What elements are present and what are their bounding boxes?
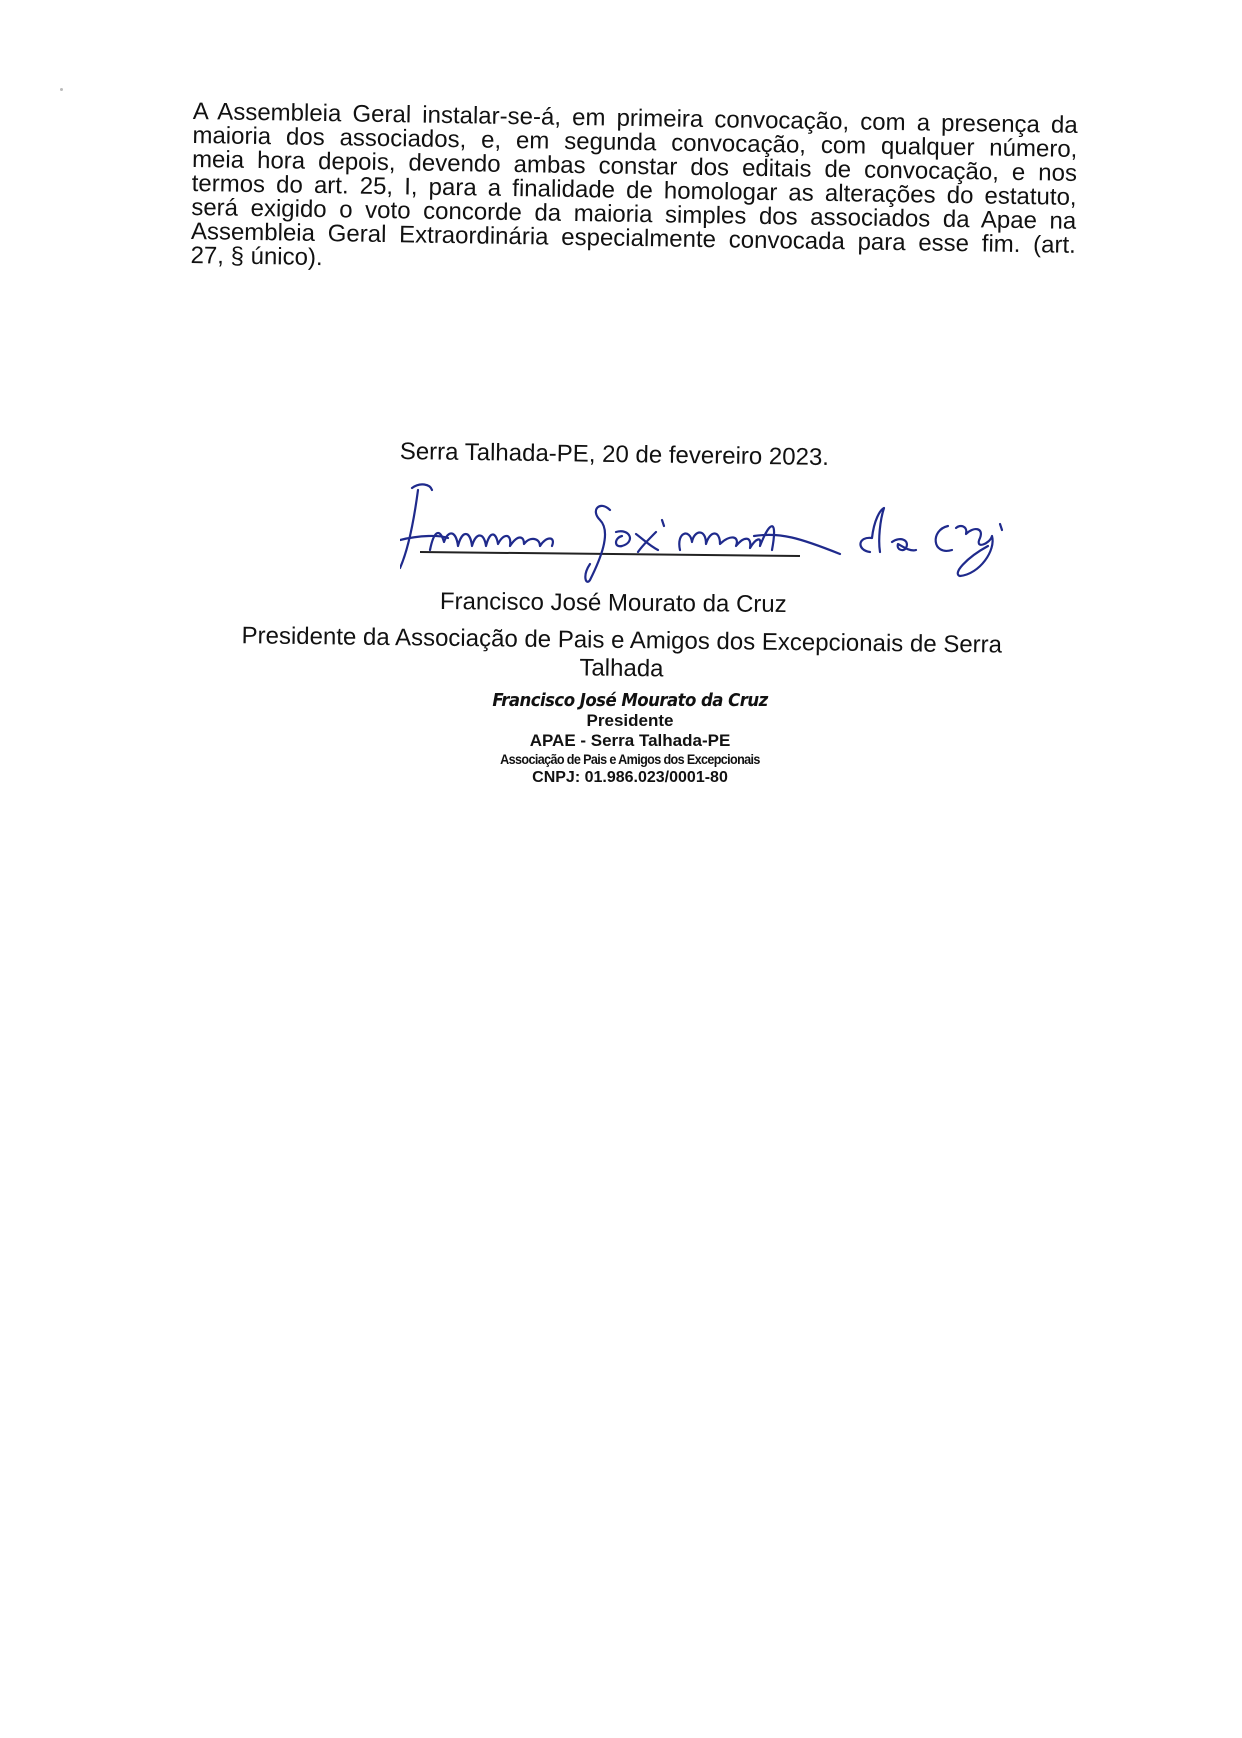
body-paragraph: A Assembleia Geral instalar-se-á, em pri… bbox=[190, 100, 1078, 282]
stamp-org: APAE - Serra Talhada-PE bbox=[430, 731, 830, 751]
signer-role: Presidente da Associação de Pais e Amigo… bbox=[221, 622, 1022, 688]
stamp-org-full: Associação de Pais e Amigos dos Excepcio… bbox=[450, 751, 810, 768]
official-stamp: Francisco José Mourato da Cruz President… bbox=[430, 690, 830, 787]
stamp-name: Francisco José Mourato da Cruz bbox=[446, 690, 814, 711]
scan-speck bbox=[60, 88, 63, 91]
place-and-date: Serra Talhada-PE, 20 de fevereiro 2023. bbox=[400, 438, 830, 472]
signer-name: Francisco José Mourato da Cruz bbox=[440, 588, 787, 619]
document-page: A Assembleia Geral instalar-se-á, em pri… bbox=[0, 0, 1242, 1738]
stamp-cnpj: CNPJ: 01.986.023/0001-80 bbox=[430, 768, 830, 787]
stamp-title: Presidente bbox=[430, 711, 830, 731]
handwritten-signature bbox=[400, 480, 1060, 590]
